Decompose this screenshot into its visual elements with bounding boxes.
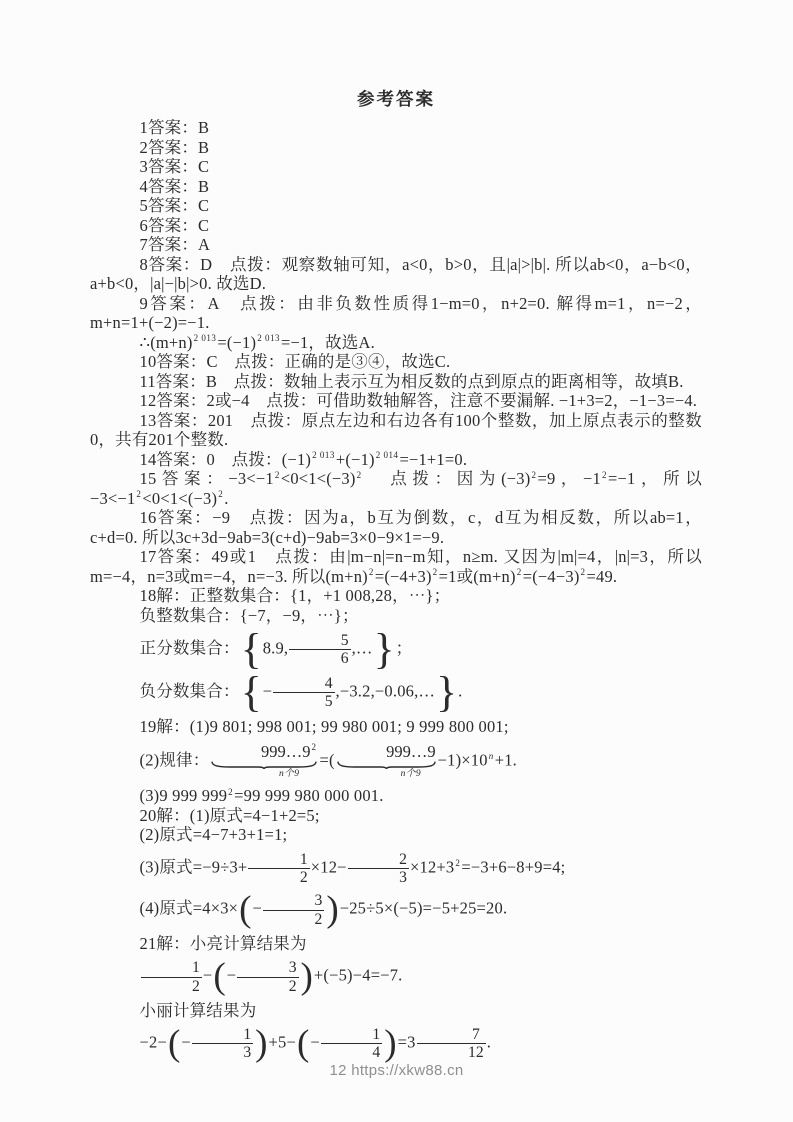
text-run: 18解：正整数集合：{1，+1 008,28，⋯}； <box>140 586 451 605</box>
text-run: 10答案：C 点拨：正确的是③④，故选C. <box>140 352 451 371</box>
text-run: (2)规律： <box>140 750 210 769</box>
text-run: +(−1) <box>336 450 375 469</box>
text-run: −2− <box>140 1033 167 1052</box>
superscript: 2 <box>517 567 522 577</box>
text-run: − <box>310 1033 320 1052</box>
answer-line: 3答案：C <box>90 157 702 177</box>
answer-line: 12−(−32)+(−5)−4=−7. <box>90 959 702 994</box>
answer-line: 14答案：0 点拨：(−1)2 013+(−1)2 014=−1+1=0. <box>90 450 702 470</box>
answer-line: 负分数集合：{−45,−3.2,−0.06,…}. <box>90 674 702 711</box>
text-run: 小丽计算结果为 <box>140 1001 257 1020</box>
text-run: 15答案：−3<−1 <box>140 469 274 488</box>
text-run: +5− <box>269 1033 296 1052</box>
answer-line: 16答案：−9 点拨：因为a，b互为倒数，c，d互为相反数，所以ab=1，c+d… <box>90 508 702 547</box>
superscript: 2 <box>531 470 536 480</box>
text-run: =(−1) <box>217 333 256 352</box>
text-run: <0<1<(−3) <box>281 469 356 488</box>
underbrace-icon <box>337 761 436 769</box>
fraction: 45 <box>273 675 334 710</box>
superscript: 2 <box>228 787 233 797</box>
fraction-numerator: 4 <box>273 675 334 692</box>
fraction-numerator: 5 <box>289 632 350 649</box>
document-page: 参考答案 1答案：B2答案：B3答案：C4答案：B5答案：C6答案：C7答案：A… <box>0 0 793 1122</box>
fraction: 13 <box>192 1026 253 1061</box>
big-delimiter: ) <box>255 1023 267 1064</box>
text-run: 8答案：D 点拨：观察数轴可知，a<0，b>0，且|a|>|b|. 所以ab<0… <box>90 255 702 294</box>
fraction-denominator: 4 <box>321 1043 382 1061</box>
big-delimiter: ( <box>297 1023 309 1064</box>
text-run: 6答案：C <box>140 216 210 235</box>
answer-line: 8答案：D 点拨：观察数轴可知，a<0，b>0，且|a|>|b|. 所以ab<0… <box>90 255 702 294</box>
fraction-denominator: 2 <box>141 977 202 995</box>
superscript: 2 <box>357 470 362 480</box>
superscript: 2 014 <box>376 450 399 460</box>
big-delimiter: ) <box>301 956 313 997</box>
text-run: − <box>263 682 273 701</box>
superscript: 2 <box>275 470 280 480</box>
text-run: 4答案：B <box>140 177 210 196</box>
fraction-denominator: 12 <box>417 1043 486 1061</box>
text-run: −1)×10 <box>438 750 488 769</box>
text-run: 21解：小亮计算结果为 <box>140 934 307 953</box>
superscript: 2 <box>602 470 607 480</box>
answer-line: (2)规律：999…92 n个9=(999…9 n个9−1)×10n+1. <box>90 743 702 781</box>
fraction-denominator: 3 <box>192 1043 253 1061</box>
text-run: =−1，故选A. <box>281 333 375 352</box>
fraction-numerator: 1 <box>192 1026 253 1043</box>
big-delimiter: { <box>241 625 262 673</box>
answer-line: (3)9 999 9992=99 999 980 000 001. <box>90 786 702 806</box>
underbrace: 999…92 n个9 <box>211 743 317 781</box>
text-run: ∴(m+n) <box>140 333 193 352</box>
text-run: =49. <box>587 567 618 586</box>
underbrace: 999…9 n个9 <box>337 743 436 781</box>
answers-content: 1答案：B2答案：B3答案：C4答案：B5答案：C6答案：C7答案：A8答案：D… <box>90 118 702 1062</box>
fraction: 14 <box>321 1026 382 1061</box>
superscript: 2 <box>455 858 460 868</box>
answer-line: 4答案：B <box>90 177 702 197</box>
fraction-denominator: 2 <box>248 868 309 886</box>
text-run: − <box>181 1033 191 1052</box>
big-delimiter: } <box>374 625 395 673</box>
fraction-numerator: 1 <box>321 1026 382 1043</box>
text-run: ×12− <box>311 857 347 876</box>
text-run: =( <box>319 750 334 769</box>
text-run: ,… <box>352 638 373 657</box>
superscript: 2 <box>581 567 586 577</box>
underbrace-label: n个9 <box>229 769 299 780</box>
text-run: ×12+3 <box>410 857 454 876</box>
answer-line: 9答案：A 点拨：由非负数性质得1−m=0，n+2=0. 解得m=1，n=−2，… <box>90 294 702 333</box>
text-run: 5答案：C <box>140 196 210 215</box>
text-run: 12答案：2或−4 点拨：可借助数轴解答，注意不要漏解. −1+3=2，−1−3… <box>140 391 698 410</box>
text-run: +(−5)−4=−7. <box>314 966 403 985</box>
text-run: (3)原式=−9÷3+ <box>140 857 248 876</box>
text-run: (2)原式=4−7+3+1=1; <box>140 825 288 844</box>
answer-line: (3)原式=−9÷3+12×12−23×12+32=−3+6−8+9=4; <box>90 851 702 886</box>
fraction-numerator: 3 <box>237 959 298 976</box>
fraction: 712 <box>417 1026 486 1061</box>
fraction: 32 <box>237 959 298 994</box>
fraction-denominator: 3 <box>348 868 409 886</box>
answer-line: 6答案：C <box>90 216 702 236</box>
page-footer: 12 https://xkw88.cn <box>0 1062 793 1079</box>
fraction-denominator: 2 <box>237 977 298 995</box>
answer-line: 15答案：−3<−12<0<1<(−3)2 点拨：因为(−3)2=9，−12=−… <box>90 469 702 508</box>
answer-line: −2−(−13)+5−(−14)=3712. <box>90 1026 702 1061</box>
text-run: 13答案：201 点拨：原点左边和右边各有100个整数，加上原点表示的整数0，共… <box>90 411 702 450</box>
answer-line: 20解：(1)原式=4−1+2=5; <box>90 806 702 826</box>
text-run: ,−3.2,−0.06,… <box>336 682 436 701</box>
answer-line: 2答案：B <box>90 138 702 158</box>
underbrace-content: 999…9 <box>337 743 436 761</box>
text-run: =(−4+3) <box>375 567 432 586</box>
text-run: 正分数集合： <box>140 638 240 657</box>
superscript: 2 <box>311 742 316 752</box>
answer-line: 21解：小亮计算结果为 <box>90 934 702 954</box>
underbrace-icon <box>211 761 317 769</box>
superscript: n <box>489 751 494 761</box>
big-delimiter: { <box>241 668 262 716</box>
text-run: −25÷5×(−5)=−5+25=20. <box>340 899 508 918</box>
page-title: 参考答案 <box>90 86 702 111</box>
text-run: 负分数集合： <box>140 682 240 701</box>
text-run: . <box>458 682 462 701</box>
fraction: 23 <box>348 851 409 886</box>
text-run: ； <box>396 638 413 657</box>
answer-line: 11答案：B 点拨：数轴上表示互为相反数的点到原点的距离相等，故填B. <box>90 372 702 392</box>
fraction-denominator: 5 <box>273 692 334 710</box>
text-run: 3答案：C <box>140 157 210 176</box>
underbrace-label: n个9 <box>351 769 421 780</box>
fraction-numerator: 2 <box>348 851 409 868</box>
answer-line: 负整数集合：{−7，−9，⋯}； <box>90 606 702 626</box>
text-run: =3 <box>398 1033 416 1052</box>
answer-line: 小丽计算结果为 <box>90 1001 702 1021</box>
text-run: 9答案：A 点拨：由非负数性质得1−m=0，n+2=0. 解得m=1，n=−2，… <box>90 294 702 333</box>
text-run: =99 999 980 000 001. <box>234 786 383 805</box>
text-run: 点拨：因为(−3) <box>363 469 531 488</box>
answer-line: 13答案：201 点拨：原点左边和右边各有100个整数，加上原点表示的整数0，共… <box>90 411 702 450</box>
text-run: . <box>487 1033 491 1052</box>
text-run: +1. <box>495 750 517 769</box>
fraction: 56 <box>289 632 350 667</box>
text-run: (3)9 999 999 <box>140 786 228 805</box>
answer-line: 10答案：C 点拨：正确的是③④，故选C. <box>90 352 702 372</box>
answer-line: 18解：正整数集合：{1，+1 008,28，⋯}； <box>90 586 702 606</box>
big-delimiter: ( <box>213 956 225 997</box>
text-run: 16答案：−9 点拨：因为a，b互为倒数，c，d互为相反数，所以ab=1，c+d… <box>90 508 702 547</box>
superscript: 2 013 <box>312 450 335 460</box>
text-run: − <box>203 966 213 985</box>
answer-line: (4)原式=4×3×(−32)−25÷5×(−5)=−5+25=20. <box>90 892 702 927</box>
superscript: 2 <box>136 489 141 499</box>
text-run: 2答案：B <box>140 138 210 157</box>
big-delimiter: ) <box>384 1023 396 1064</box>
fraction-numerator: 7 <box>420 1026 481 1043</box>
answer-line: (2)原式=4−7+3+1=1; <box>90 825 702 845</box>
text-run: <0<1<(−3) <box>142 489 217 508</box>
answer-line: 17答案：49或1 点拨：由|m−n|=n−m知，n≥m. 又因为|m|=4，|… <box>90 547 702 586</box>
big-delimiter: ) <box>326 889 338 930</box>
underbrace-content: 999…92 <box>211 743 317 761</box>
fraction: 12 <box>141 959 202 994</box>
text-run: (4)原式=4×3× <box>140 899 239 918</box>
text-run: − <box>227 966 237 985</box>
text-run: − <box>253 899 263 918</box>
superscript: 2 <box>218 489 223 499</box>
superscript: 2 013 <box>194 333 217 343</box>
superscript: 2 <box>369 567 374 577</box>
fraction-numerator: 1 <box>141 959 202 976</box>
answer-line: 5答案：C <box>90 196 702 216</box>
text-run: 11答案：B 点拨：数轴上表示互为相反数的点到原点的距离相等，故填B. <box>140 372 684 391</box>
text-run: =−1+1=0. <box>399 450 467 469</box>
big-delimiter: ( <box>168 1023 180 1064</box>
text-run: =1或(m+n) <box>439 567 516 586</box>
text-run: =9，−1 <box>537 469 601 488</box>
answer-line: 正分数集合：{8.9,56,…}； <box>90 631 702 668</box>
text-run: 14答案：0 点拨：(−1) <box>140 450 312 469</box>
answer-line: 12答案：2或−4 点拨：可借助数轴解答，注意不要漏解. −1+3=2，−1−3… <box>90 391 702 411</box>
text-run: . <box>224 489 228 508</box>
text-run: 1答案：B <box>140 118 210 137</box>
text-run: =−3+6−8+9=4; <box>461 857 565 876</box>
big-delimiter: ( <box>239 889 251 930</box>
text-run: 8.9, <box>263 638 289 657</box>
text-run: 7答案：A <box>140 235 211 254</box>
text-run: =(−4−3) <box>523 567 580 586</box>
superscript: 2 <box>433 567 438 577</box>
answer-line: 19解：(1)9 801; 998 001; 99 980 001; 9 999… <box>90 717 702 737</box>
fraction: 32 <box>263 892 324 927</box>
text-run: 19解：(1)9 801; 998 001; 99 980 001; 9 999… <box>140 717 509 736</box>
big-delimiter: } <box>436 668 457 716</box>
fraction-denominator: 2 <box>263 910 324 928</box>
fraction-numerator: 3 <box>263 892 324 909</box>
text-run: 负整数集合：{−7，−9，⋯}； <box>140 606 359 625</box>
answer-line: 7答案：A <box>90 235 702 255</box>
fraction: 12 <box>248 851 309 886</box>
answer-line: ∴(m+n)2 013=(−1)2 013=−1，故选A. <box>90 333 702 353</box>
fraction-numerator: 1 <box>248 851 309 868</box>
fraction-denominator: 6 <box>289 649 350 667</box>
superscript: 2 013 <box>257 333 280 343</box>
answer-line: 1答案：B <box>90 118 702 138</box>
text-run: 20解：(1)原式=4−1+2=5; <box>140 806 320 825</box>
